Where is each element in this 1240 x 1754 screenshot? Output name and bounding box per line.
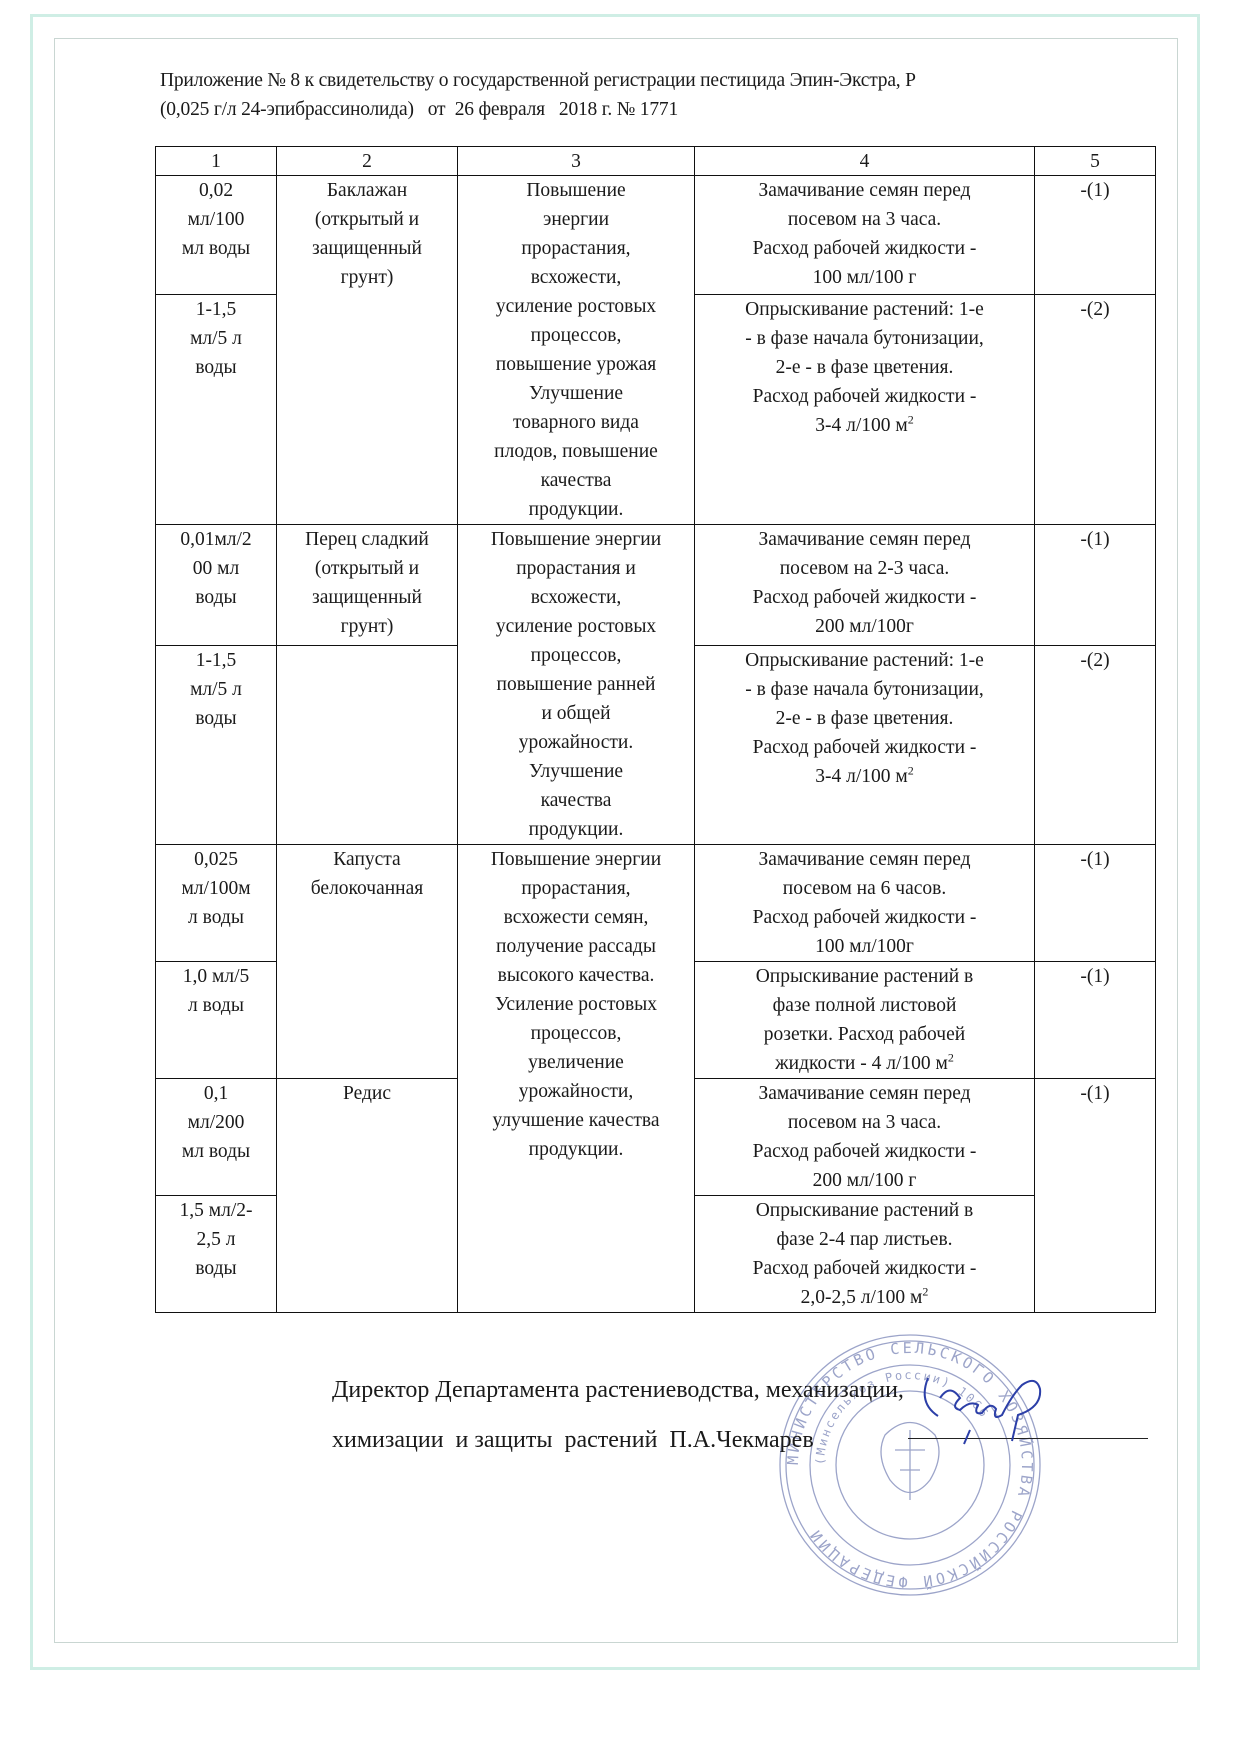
deadline-cell: -(2) [1035,646,1156,845]
rate-cell: 1,0 мл/5 л воды [156,962,277,1079]
header-line-1: Приложение № 8 к свидетельству о государ… [160,66,1160,95]
method-cell: Опрыскивание растений: 1-е - в фазе нача… [695,646,1035,845]
rate-cell: 1,5 мл/2- 2,5 л воды [156,1196,277,1313]
deadline-cell: -(2) [1035,295,1156,525]
purpose-cell: Повышение энергии прорастания и всхожест… [458,525,695,845]
method-cell: Замачивание семян перед посевом на 6 час… [695,845,1035,962]
table-row: 0,01мл/2 00 мл воды Перец сладкий (откры… [156,525,1156,646]
signatory-title-line-1: Директор Департамента растениеводства, м… [332,1365,904,1415]
purpose-cell: Повышение энергии прорастания, всхожести… [458,845,695,1313]
superscript: 2 [922,1285,928,1299]
method-text: Опрыскивание растений: 1-е - в фазе нача… [745,650,984,787]
superscript: 2 [908,413,914,427]
rate-cell: 0,02 мл/100 мл воды [156,176,277,295]
column-header: 2 [277,147,458,176]
column-header: 4 [695,147,1035,176]
method-cell: Замачивание семян перед посевом на 3 час… [695,176,1035,295]
method-cell: Замачивание семян перед посевом на 2-3 ч… [695,525,1035,646]
crop-cell: Капуста белокочанная [277,845,458,1079]
registration-table: 1 2 3 4 5 0,02 мл/100 мл воды Баклажан (… [155,146,1156,1313]
signatory-title-line-2: химизации и защиты растений П.А.Чекмарев [332,1415,904,1465]
deadline-cell: -(1) [1035,1079,1156,1313]
table-row: 0,025 мл/100м л воды Капуста белокочанна… [156,845,1156,962]
purpose-cell: Повышение энергии прорастания, всхожести… [458,176,695,525]
column-header: 5 [1035,147,1156,176]
method-text: Опрыскивание растений в фазе полной лист… [756,966,974,1074]
signature-block: Директор Департамента растениеводства, м… [332,1365,904,1465]
table-row: 0,02 мл/100 мл воды Баклажан (открытый и… [156,176,1156,295]
superscript: 2 [908,764,914,778]
column-header: 1 [156,147,277,176]
crop-cell: Перец сладкий (открытый и защищенный гру… [277,525,458,646]
method-cell: Опрыскивание растений: 1-е - в фазе нача… [695,295,1035,525]
superscript: 2 [948,1051,954,1065]
crop-cell-empty [277,646,458,845]
deadline-cell: -(1) [1035,525,1156,646]
method-text: Опрыскивание растений: 1-е - в фазе нача… [745,299,984,436]
handwritten-signature [910,1368,1080,1448]
deadline-cell: -(1) [1035,176,1156,295]
deadline-cell: -(1) [1035,962,1156,1079]
column-header: 3 [458,147,695,176]
method-cell: Опрыскивание растений в фазе полной лист… [695,962,1035,1079]
table-header-row: 1 2 3 4 5 [156,147,1156,176]
method-text: Опрыскивание растений в фазе 2-4 пар лис… [753,1200,977,1308]
rate-cell: 1-1,5 мл/5 л воды [156,646,277,845]
rate-cell: 0,1 мл/200 мл воды [156,1079,277,1196]
rate-cell: 0,025 мл/100м л воды [156,845,277,962]
document-header: Приложение № 8 к свидетельству о государ… [160,66,1160,124]
crop-cell: Баклажан (открытый и защищенный грунт) [277,176,458,525]
method-cell: Замачивание семян перед посевом на 3 час… [695,1079,1035,1196]
crop-cell: Редис [277,1079,458,1313]
header-line-2: (0,025 г/л 24-эпибрассинолида) от 26 фев… [160,95,1160,124]
rate-cell: 1-1,5 мл/5 л воды [156,295,277,525]
rate-cell: 0,01мл/2 00 мл воды [156,525,277,646]
deadline-cell: -(1) [1035,845,1156,962]
method-cell: Опрыскивание растений в фазе 2-4 пар лис… [695,1196,1035,1313]
